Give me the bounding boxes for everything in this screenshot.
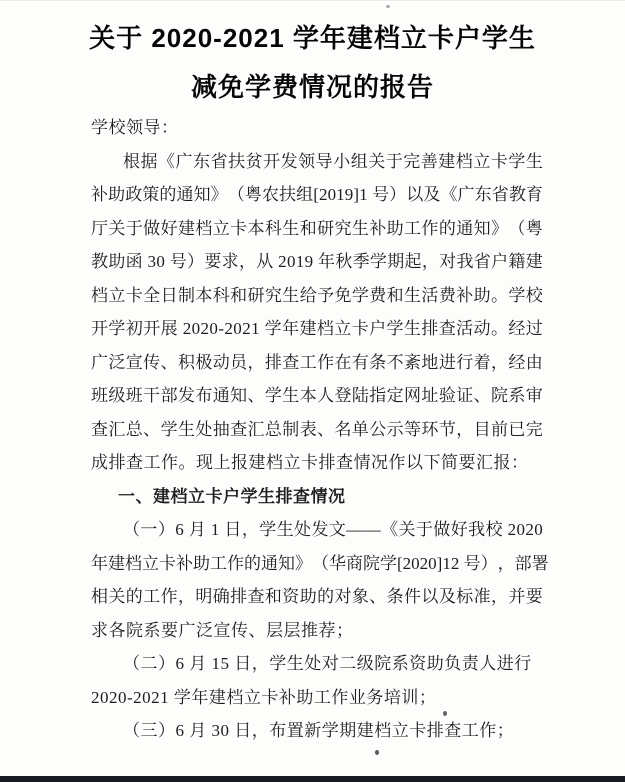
body-line: 补助政策的通知》（粤农扶组[2019]1 号）以及《广东省教育 <box>91 178 543 212</box>
body-line: 查汇总、学生处抽查汇总制表、名单公示等环节，目前已完 <box>91 413 543 447</box>
scan-edge-bar <box>0 776 625 782</box>
scan-speck <box>386 5 390 8</box>
body-line: （二）6 月 15 日，学生处对二级院系资助负责人进行 <box>91 647 543 681</box>
doc-title-line-1: 关于 2020-2021 学年建档立卡户学生 <box>0 14 625 63</box>
body-line: 成排查工作。现上报建档立卡排查情况作以下简要汇报： <box>91 446 543 480</box>
scan-speck <box>443 711 447 716</box>
body-line: （一）6 月 1 日，学生处发文——《关于做好我校 2020 <box>91 513 543 547</box>
body-line: 相关的工作，明确排查和资助的对象、条件以及标准，并要 <box>91 580 543 614</box>
body-line: 开学初开展 2020-2021 学年建档立卡户学生排查活动。经过 <box>91 312 543 346</box>
body-line: 厅关于做好建档立卡本科生和研究生补助工作的通知》（粤 <box>91 212 543 246</box>
doc-body: 学校领导：根据《广东省扶贫开发领导小组关于完善建档立卡学生补助政策的通知》（粤农… <box>91 111 543 748</box>
document-page: 关于 2020-2021 学年建档立卡户学生 减免学费情况的报告 学校领导：根据… <box>0 0 625 782</box>
body-line: 求各院系要广泛宣传、层层推荐； <box>91 614 543 648</box>
body-line: 年建档立卡补助工作的通知》（华商院学[2020]12 号），部署 <box>91 547 543 581</box>
body-line: 根据《广东省扶贫开发领导小组关于完善建档立卡学生 <box>91 145 543 179</box>
body-line: 班级班干部发布通知、学生本人登陆指定网址验证、院系审 <box>91 379 543 413</box>
body-line: 2020-2021 学年建档立卡补助工作业务培训； <box>91 681 543 715</box>
body-line: 广泛宣传、积极动员，排查工作在有条不紊地进行着，经由 <box>91 346 543 380</box>
doc-title-line-2: 减免学费情况的报告 <box>0 63 625 112</box>
body-line: 一、建档立卡户学生排查情况 <box>91 480 543 514</box>
body-line: （三）6 月 30 日，布置新学期建档立卡排查工作； <box>91 714 543 748</box>
doc-title: 关于 2020-2021 学年建档立卡户学生 减免学费情况的报告 <box>0 14 625 112</box>
body-line: 学校领导： <box>91 111 543 145</box>
body-line: 档立卡全日制本科和研究生给予免学费和生活费补助。学校 <box>91 279 543 313</box>
scan-speck <box>375 750 379 755</box>
body-line: 教助函 30 号）要求，从 2019 年秋季学期起，对我省户籍建 <box>91 245 543 279</box>
